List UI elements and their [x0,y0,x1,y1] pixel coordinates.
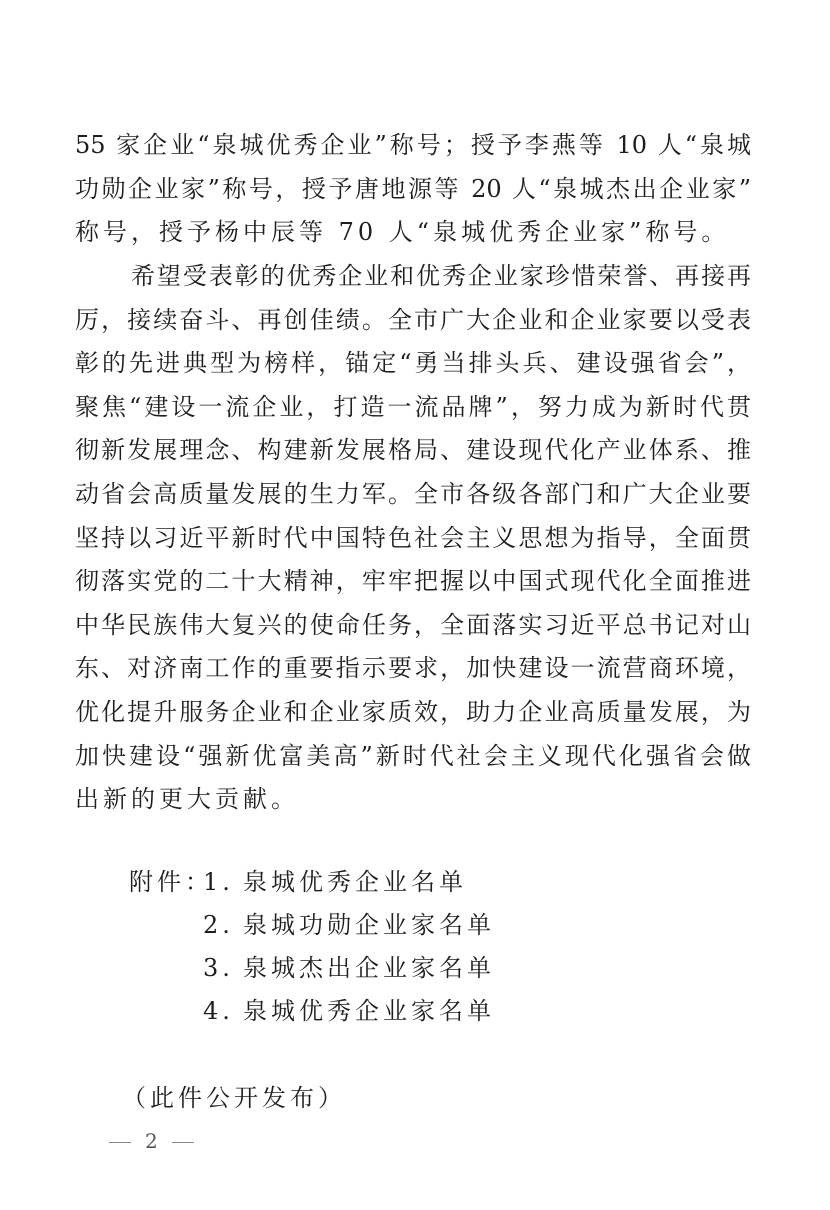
paragraph1-line: 55 家企业“泉城优秀企业”称号；授予李燕等 10 人“泉城 [75,125,751,165]
attachment-title: 泉城功勋企业家名单 [243,905,495,945]
paragraph2-line: 希望受表彰的优秀企业和优秀企业家珍惜荣誉、再接再 [131,256,751,296]
paragraph2-line: 聚焦“建设一流企业，打造一流品牌”，努力成为新时代贯 [75,387,751,427]
attachment-title: 泉城优秀企业名单 [243,862,467,902]
attachment-title: 泉城优秀企业家名单 [243,991,495,1031]
page-number-value: 2 [145,1129,158,1153]
paragraph2-line: 出新的更大贡献。 [75,779,751,819]
paragraph2-line: 彰的先进典型为榜样，锚定“勇当排头兵、建设强省会”， [75,343,751,383]
paragraph2-line: 中华民族伟大复兴的使命任务，全面落实习近平总书记对山 [75,605,751,645]
page-dash-left [109,1142,131,1143]
paragraph2-line: 彻落实党的二十大精神，牢牢把握以中国式现代化全面推进 [75,561,751,601]
page-number: 2 [95,1126,208,1156]
attachment-number: 2. [203,905,234,945]
paragraph2-line: 彻新发展理念、构建新发展格局、建设现代化产业体系、推 [75,430,751,470]
attachments-label: 附件： [129,862,213,902]
page-dash-right [172,1142,194,1143]
paragraph2-line: 厉，接续奋斗、再创佳绩。全市广大企业和企业家要以受表 [75,300,751,340]
paragraph2-line: 优化提升服务企业和企业家质效，助力企业高质量发展，为 [75,692,751,732]
attachment-number: 4. [203,991,234,1031]
attachment-number: 3. [203,948,234,988]
paragraph2-line: 动省会高质量发展的生力军。全市各级各部门和广大企业要 [75,474,751,514]
document-page: 55 家企业“泉城优秀企业”称号；授予李燕等 10 人“泉城 功勋企业家”称号，… [0,0,830,1210]
paragraph2-line: 坚持以习近平新时代中国特色社会主义思想为指导，全面贯 [75,518,751,558]
paragraph1-line: 称号，授予杨中辰等 70 人“泉城优秀企业家”称号。 [75,212,751,252]
attachment-title: 泉城杰出企业家名单 [243,948,495,988]
attachment-number: 1. [203,862,234,902]
release-note: （此件公开发布） [122,1078,346,1118]
paragraph2-line: 东、对济南工作的重要指示要求，加快建设一流营商环境， [75,648,751,688]
paragraph2-line: 加快建设“强新优富美高”新时代社会主义现代化强省会做 [75,736,751,776]
paragraph1-line: 功勋企业家”称号，授予唐地源等 20 人“泉城杰出企业家” [75,169,751,209]
